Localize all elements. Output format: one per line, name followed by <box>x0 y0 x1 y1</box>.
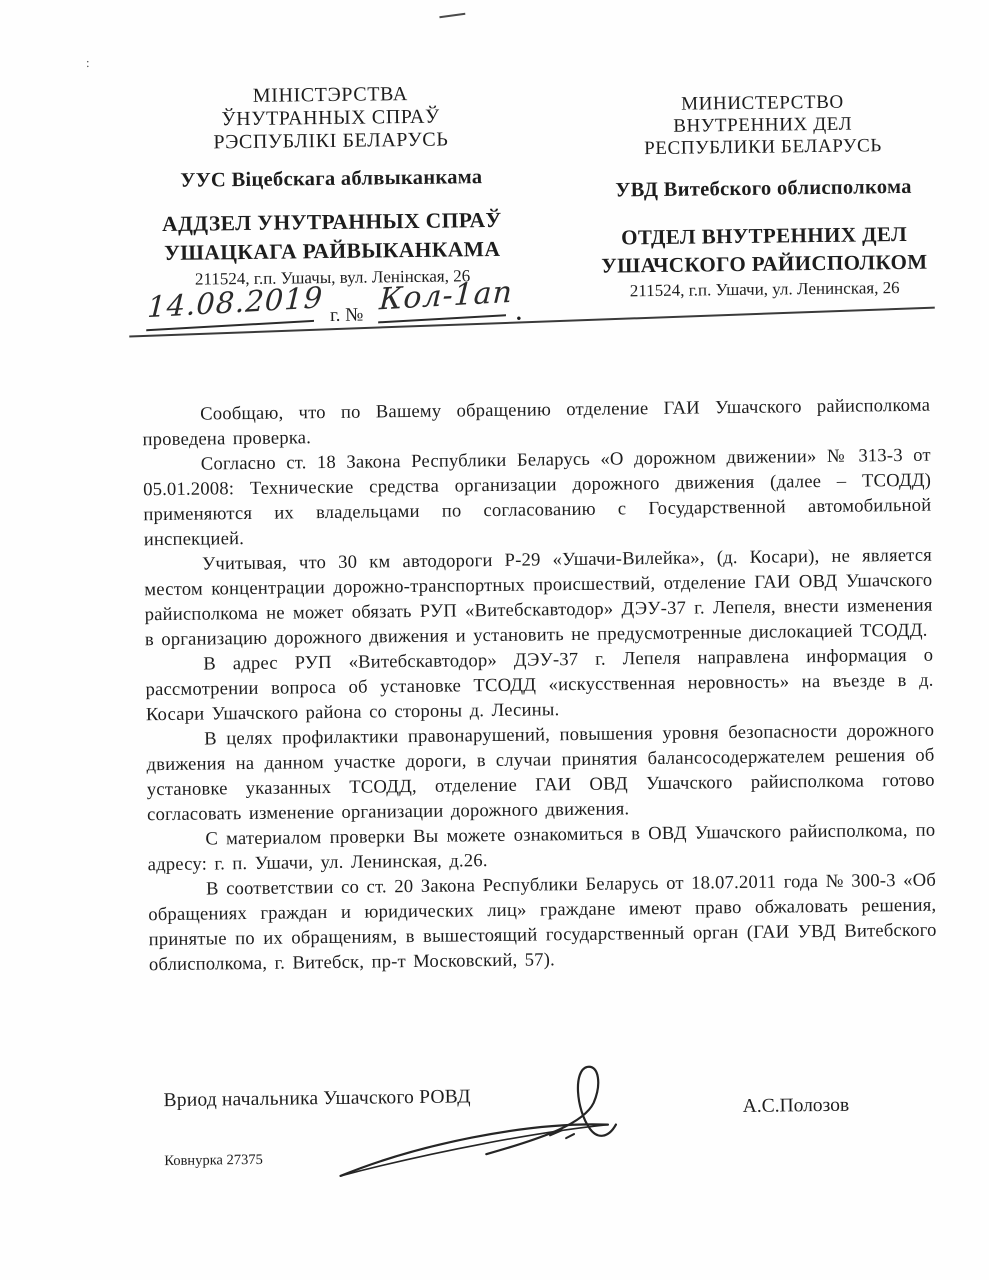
scan-artifact-dot: : <box>86 55 90 71</box>
body-paragraph: Учитывая, что 30 км автодороги Р-29 «Уша… <box>144 543 933 653</box>
body-paragraph: Согласно ст. 18 Закона Республики Белару… <box>143 443 932 553</box>
ministry-name-line: РЕСПУБЛИКИ БЕЛАРУСЬ <box>580 134 946 160</box>
handwritten-signature-icon <box>335 1060 676 1184</box>
signer-name: А.С.Полозов <box>743 1095 850 1118</box>
body-paragraph: В соответствии со ст. 20 Закона Республи… <box>148 868 937 978</box>
letterhead-left: МІНІСТЭРСТВА ЎНУТРАННЫХ СПРАЎ РЭСПУБЛІКІ… <box>141 82 521 291</box>
unit-name-line: ОТДЕЛ ВНУТРЕННИХ ДЕЛ <box>581 219 947 251</box>
ref-trailing-period: . <box>516 300 522 326</box>
scan-artifact-dash <box>439 13 465 18</box>
unit-name-line: АДДЗЕЛ УНУТРАННЫХ СПРАЎ <box>143 206 521 240</box>
letterhead-right: МИНИСТЕРСТВО ВНУТРЕННИХ ДЕЛ РЕСПУБЛИКИ Б… <box>579 90 948 301</box>
ministry-name-line: РЭСПУБЛІКІ БЕЛАРУСЬ <box>142 128 520 156</box>
ref-number-label: г. № <box>330 305 364 327</box>
ref-number-handwritten: Кол-1ап <box>378 275 508 323</box>
body-paragraph: В целях профилактики правонарушений, пов… <box>146 718 935 828</box>
unit-name-line: УШАЧСКОГО РАЙИСПОЛКОМ <box>581 247 947 279</box>
print-shop-note: Ковнурка 27375 <box>164 1152 263 1170</box>
scanned-letter-page: : МІНІСТЭРСТВА ЎНУТРАННЫХ СПРАЎ РЭСПУБЛІ… <box>0 0 989 1280</box>
scan-tilt-wrapper: : МІНІСТЭРСТВА ЎНУТРАННЫХ СПРАЎ РЭСПУБЛІ… <box>0 0 989 1280</box>
department-name: УУС Віцебскага аблвыканкама <box>142 166 520 194</box>
department-name: УВД Витебского облисполкома <box>580 175 946 202</box>
unit-name: ОТДЕЛ ВНУТРЕННИХ ДЕЛ УШАЧСКОГО РАЙИСПОЛК… <box>581 219 948 279</box>
letter-body: Сообщаю, что по Вашему обращению отделен… <box>142 393 937 978</box>
body-paragraph: В адрес РУП «Витебскавтодор» ДЭУ-37 г. Л… <box>145 643 934 728</box>
address-line: 211524, г.п. Ушачи, ул. Ленинская, 26 <box>582 277 948 301</box>
unit-name: АДДЗЕЛ УНУТРАННЫХ СПРАЎ УШАЦКАГА РАЙВЫКА… <box>143 206 522 269</box>
date-handwritten: 14.08.2019 <box>146 281 316 332</box>
unit-name-line: УШАЦКАГА РАЙВЫКАНКАМА <box>143 235 521 269</box>
